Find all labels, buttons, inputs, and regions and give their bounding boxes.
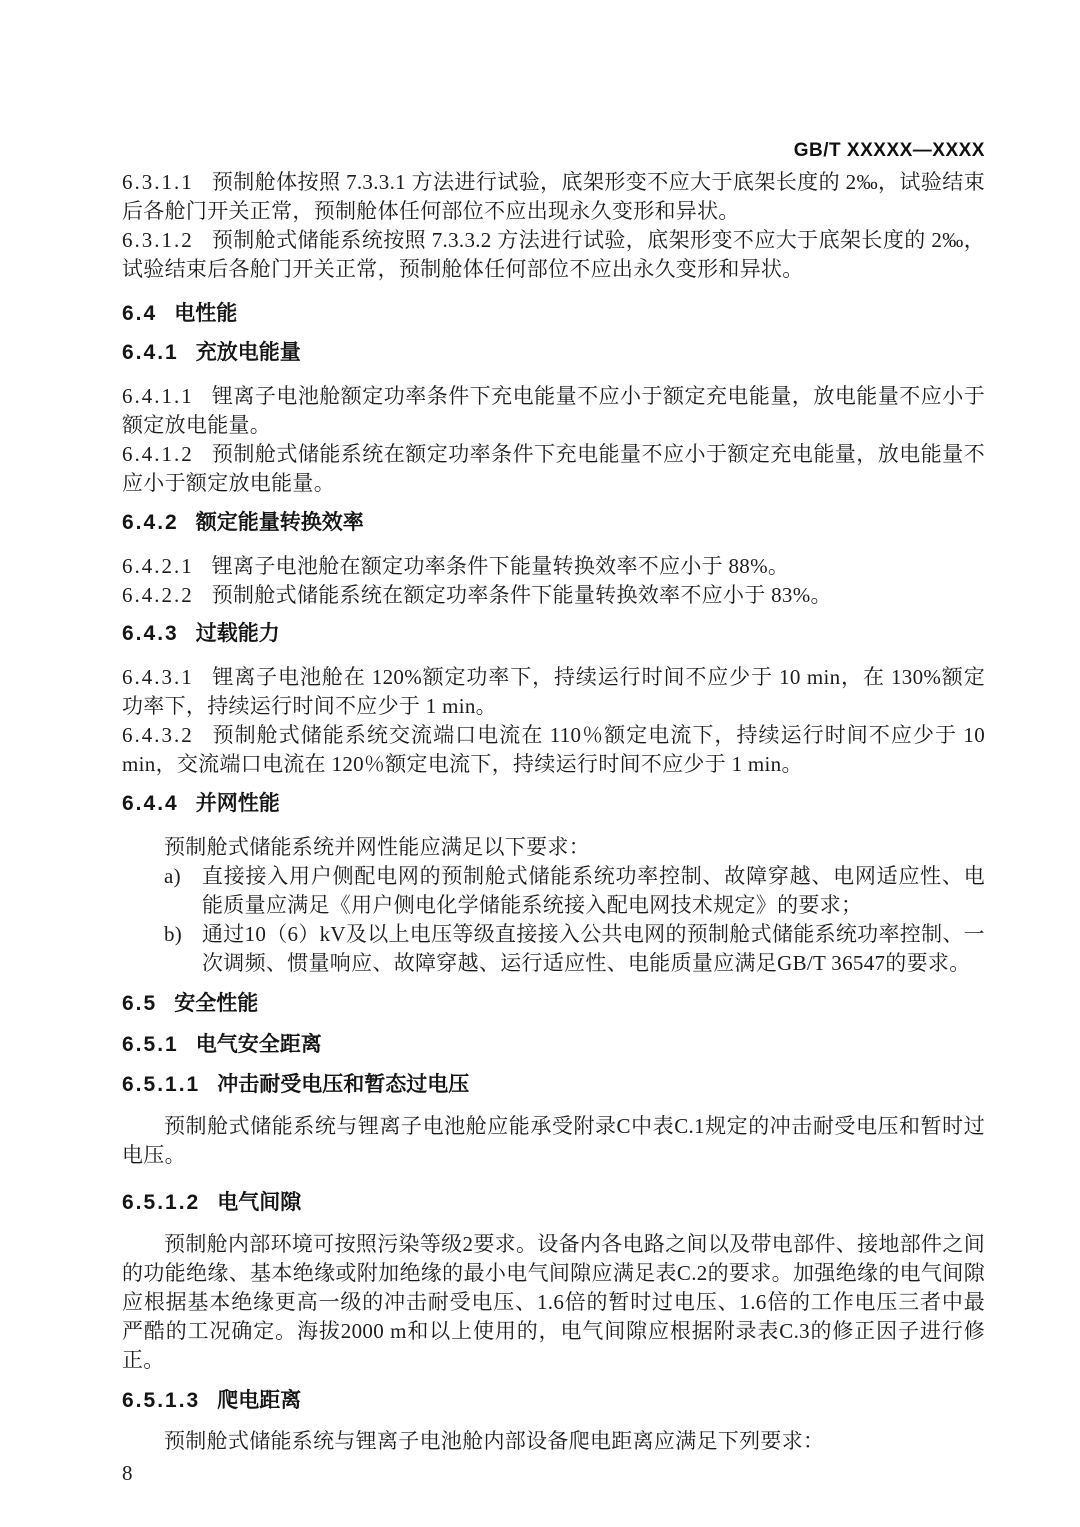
clause-number: 6.4.3.1 (122, 665, 194, 689)
heading-number: 6.4.4 (122, 792, 179, 815)
clause-6-4-1-2: 6.4.1.2预制舱式储能系统在额定功率条件下充电能量不应小于额定充电能量，放电… (122, 440, 985, 498)
clause-6-4-2-1: 6.4.2.1锂离子电池舱在额定功率条件下能量转换效率不应小于 88%。 (122, 552, 985, 581)
heading-number: 6.5 (122, 992, 157, 1015)
list-marker: b) (164, 920, 182, 949)
clause-number: 6.4.1.2 (122, 442, 194, 466)
section-heading-6-5-1-2: 6.5.1.2电气间隙 (122, 1191, 985, 1215)
heading-number: 6.5.1.2 (122, 1191, 200, 1214)
page-header: GB/T XXXXX—XXXX (122, 140, 985, 162)
heading-title: 电气间隙 (217, 1191, 301, 1214)
heading-title: 过载能力 (196, 622, 280, 645)
heading-title: 冲击耐受电压和暂态过电压 (217, 1073, 469, 1096)
section-heading-6-4: 6.4电性能 (122, 302, 985, 326)
page-number: 8 (122, 1461, 133, 1485)
section-heading-6-4-3: 6.4.3过载能力 (122, 622, 985, 646)
section-heading-6-5: 6.5安全性能 (122, 992, 985, 1016)
list-item-b: b)通过10（6）kV及以上电压等级直接接入公共电网的预制舱式储能系统功率控制、… (122, 920, 985, 978)
paragraph-6-5-1-2: 预制舱内部环境可按照污染等级2要求。设备内各电路之间以及带电部件、接地部件之间的… (122, 1230, 985, 1375)
clause-text: 锂离子电池舱在额定功率条件下能量转换效率不应小于 88%。 (212, 554, 789, 578)
list-item-text: 通过10（6）kV及以上电压等级直接接入公共电网的预制舱式储能系统功率控制、一次… (202, 922, 985, 975)
page-footer: 8 (122, 1459, 985, 1488)
heading-title: 电气安全距离 (196, 1033, 322, 1056)
heading-title: 额定能量转换效率 (196, 511, 364, 534)
clause-number: 6.4.2.1 (122, 554, 194, 578)
heading-number: 6.5.1.1 (122, 1073, 200, 1096)
heading-number: 6.5.1 (122, 1033, 179, 1056)
heading-title: 充放电能量 (196, 341, 301, 364)
section-heading-6-4-1: 6.4.1充放电能量 (122, 341, 985, 365)
clause-6-3-1-2: 6.3.1.2预制舱式储能系统按照 7.3.3.2 方法进行试验，底架形变不应大… (122, 226, 985, 284)
clause-text: 预制舱式储能系统在额定功率条件下充电能量不应小于额定充电能量，放电能量不应小于额… (122, 442, 985, 495)
clause-number: 6.4.2.2 (122, 583, 194, 607)
heading-number: 6.5.1.3 (122, 1389, 200, 1412)
document-page: GB/T XXXXX—XXXX 6.3.1.1预制舱体按照 7.3.3.1 方法… (0, 0, 1080, 1527)
paragraph-6-5-1-1: 预制舱式储能系统与锂离子电池舱应能承受附录C中表C.1规定的冲击耐受电压和暂时过… (122, 1112, 985, 1170)
clause-text: 预制舱式储能系统按照 7.3.3.2 方法进行试验，底架形变不应大于底架长度的 … (122, 228, 985, 281)
standard-number: GB/T XXXXX—XXXX (794, 140, 985, 161)
paragraph-6-5-1-3: 预制舱式储能系统与锂离子电池舱内部设备爬电距离应满足下列要求： (122, 1427, 985, 1456)
list-item-a: a)直接接入用户侧配电网的预制舱式储能系统功率控制、故障穿越、电网适应性、电能质… (122, 862, 985, 920)
heading-title: 并网性能 (196, 792, 280, 815)
clause-6-4-3-1: 6.4.3.1锂离子电池舱在 120%额定功率下，持续运行时间不应少于 10 m… (122, 663, 985, 721)
heading-number: 6.4.3 (122, 622, 179, 645)
clause-text: 预制舱式储能系统交流端口电流在 110％额定电流下，持续运行时间不应少于 10 … (122, 723, 985, 776)
clause-text: 预制舱体按照 7.3.3.1 方法进行试验，底架形变不应大于底架长度的 2‰，试… (122, 170, 985, 223)
section-heading-6-5-1: 6.5.1电气安全距离 (122, 1033, 985, 1057)
clause-6-4-1-1: 6.4.1.1锂离子电池舱额定功率条件下充电能量不应小于额定充电能量，放电能量不… (122, 382, 985, 440)
heading-title: 安全性能 (174, 992, 258, 1015)
clause-text: 预制舱式储能系统在额定功率条件下能量转换效率不应小于 83%。 (212, 583, 832, 607)
clause-6-4-3-2: 6.4.3.2预制舱式储能系统交流端口电流在 110％额定电流下，持续运行时间不… (122, 721, 985, 779)
heading-title: 电性能 (174, 302, 237, 325)
clause-6-3-1-1: 6.3.1.1预制舱体按照 7.3.3.1 方法进行试验，底架形变不应大于底架长… (122, 168, 985, 226)
clause-6-4-2-2: 6.4.2.2预制舱式储能系统在额定功率条件下能量转换效率不应小于 83%。 (122, 581, 985, 610)
section-heading-6-5-1-1: 6.5.1.1冲击耐受电压和暂态过电压 (122, 1073, 985, 1097)
clause-number: 6.3.1.2 (122, 228, 194, 252)
list-item-text: 直接接入用户侧配电网的预制舱式储能系统功率控制、故障穿越、电网适应性、电能质量应… (202, 864, 985, 917)
paragraph-6-4-4-intro: 预制舱式储能系统并网性能应满足以下要求： (122, 833, 985, 862)
heading-number: 6.4 (122, 302, 157, 325)
heading-number: 6.4.2 (122, 511, 179, 534)
clause-text: 锂离子电池舱在 120%额定功率下，持续运行时间不应少于 10 min，在 13… (122, 665, 985, 718)
section-heading-6-4-4: 6.4.4并网性能 (122, 792, 985, 816)
heading-title: 爬电距离 (217, 1389, 301, 1412)
clause-text: 锂离子电池舱额定功率条件下充电能量不应小于额定充电能量，放电能量不应小于额定放电… (122, 384, 985, 437)
section-heading-6-5-1-3: 6.5.1.3爬电距离 (122, 1389, 985, 1413)
clause-number: 6.3.1.1 (122, 170, 194, 194)
clause-number: 6.4.3.2 (122, 723, 194, 747)
heading-number: 6.4.1 (122, 341, 179, 364)
list-marker: a) (164, 862, 181, 891)
clause-number: 6.4.1.1 (122, 384, 194, 408)
section-heading-6-4-2: 6.4.2额定能量转换效率 (122, 511, 985, 535)
